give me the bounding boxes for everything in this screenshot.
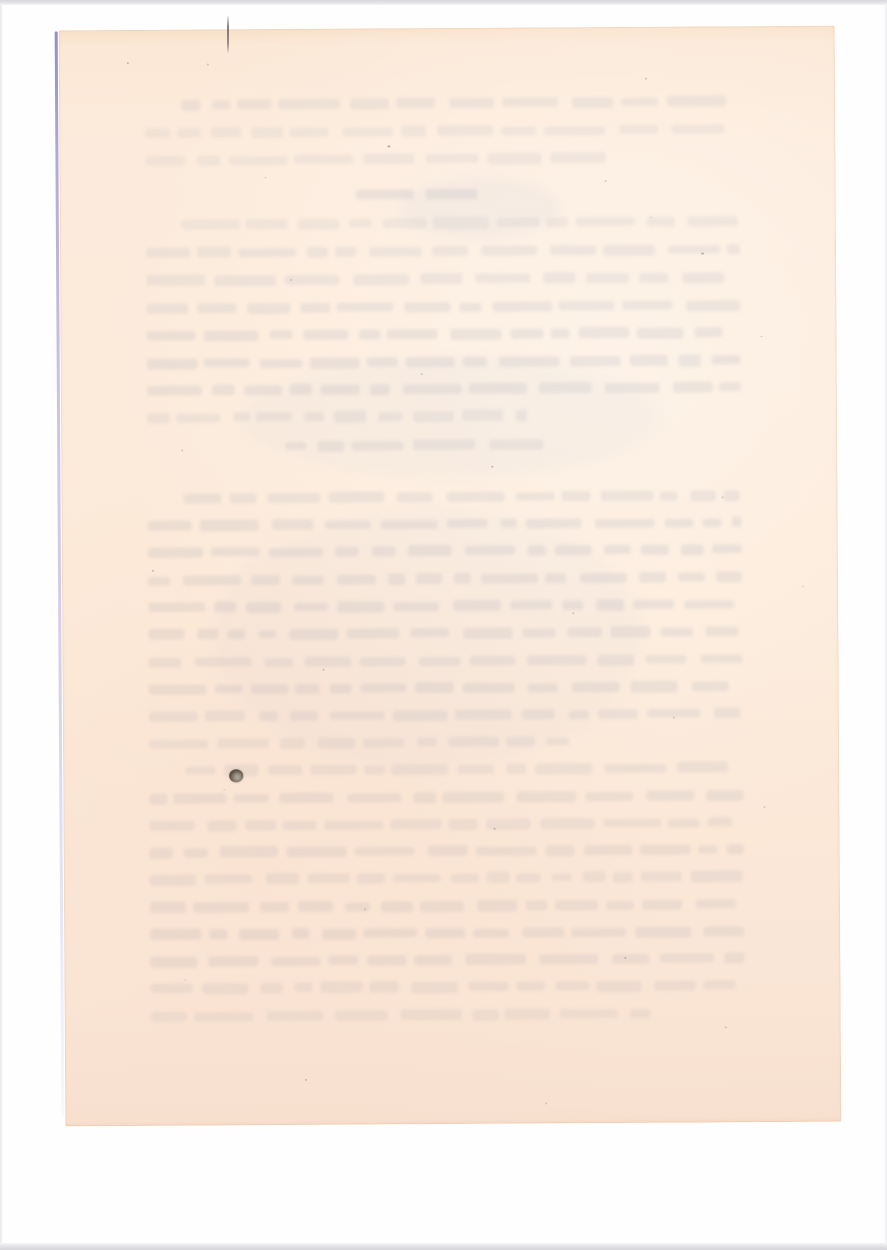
paper-speck	[152, 570, 154, 572]
paper-speck	[701, 252, 704, 254]
paper-speck	[572, 612, 574, 614]
paper-speck	[624, 957, 626, 959]
screenshot-left-border	[0, 5, 3, 1243]
paper-speck	[761, 336, 763, 337]
paper-speck	[421, 373, 423, 375]
paper-speck	[491, 466, 493, 468]
paper-speck	[650, 217, 652, 218]
paper-speck	[387, 145, 390, 147]
paper-speck	[364, 909, 366, 911]
paper-speck	[207, 63, 209, 65]
paper-speck	[223, 789, 225, 790]
ink-dot-blemish	[229, 769, 243, 782]
scanned-document-screenshot	[0, 0, 887, 1250]
paper-speck	[645, 78, 647, 80]
paper-speck	[802, 586, 804, 587]
paper-speck	[265, 177, 267, 178]
paper-speck	[545, 1102, 547, 1104]
paper-speck	[290, 279, 292, 281]
screenshot-top-border	[0, 0, 887, 5]
scanned-page	[59, 26, 842, 1127]
paper-speck	[722, 496, 724, 498]
screenshot-bottom-border	[0, 1243, 887, 1250]
paper-speck	[323, 669, 325, 671]
paper-speck	[184, 980, 186, 981]
paper-speck	[305, 1079, 307, 1081]
paper-speck	[127, 62, 129, 64]
paper-speck	[605, 180, 607, 182]
paper-speck	[181, 450, 183, 452]
paper-speck	[725, 1026, 727, 1028]
paper-speck	[763, 806, 765, 808]
paper-speck	[494, 828, 496, 830]
paper-specks-layer	[59, 26, 842, 1127]
scan-crease-mark	[227, 16, 229, 53]
paper-speck	[673, 717, 675, 719]
